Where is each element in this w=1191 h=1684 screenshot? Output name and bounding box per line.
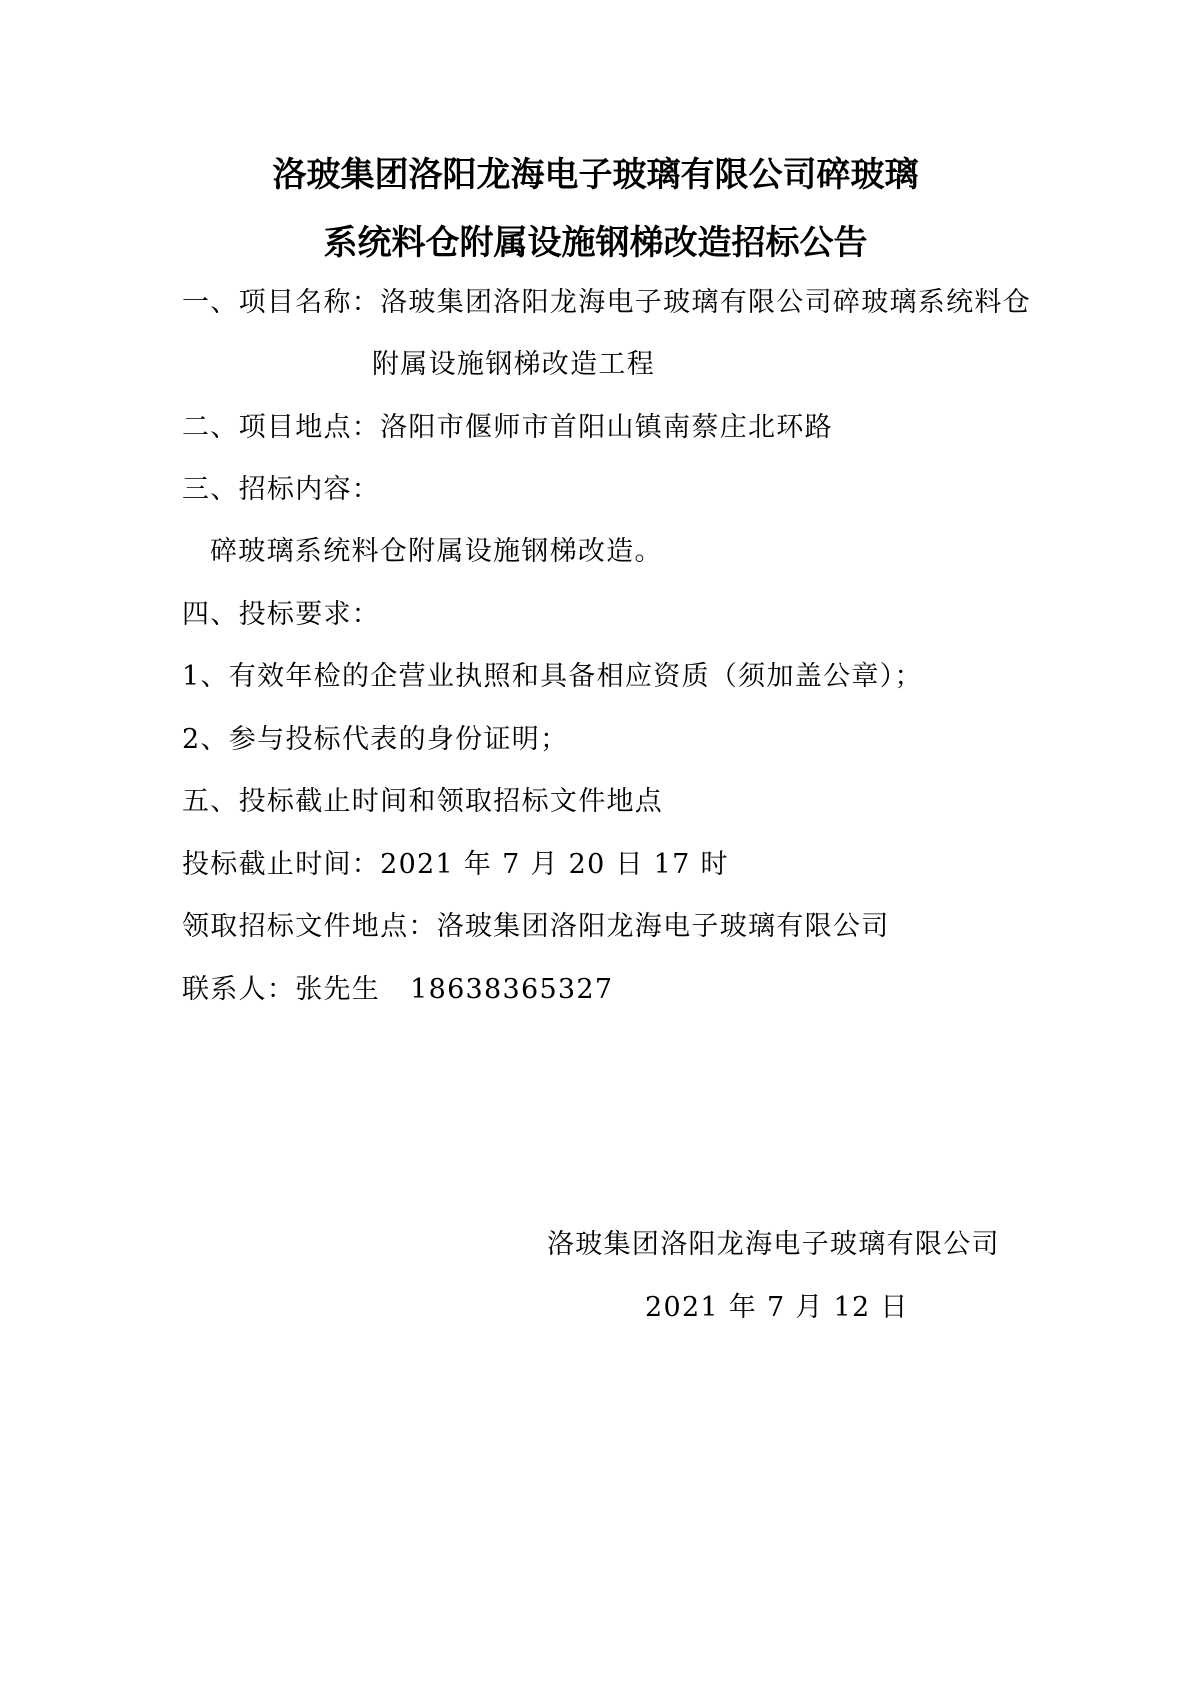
contact-label: 联系人：张先生 [182, 974, 380, 1005]
bid-deadline: 投标截止时间：2021 年 7 月 20 日 17 时 [182, 848, 729, 882]
title-line-2: 系统料仓附属设施钢梯改造招标公告 [0, 223, 1191, 263]
project-name-value: 洛玻集团洛阳龙海电子玻璃有限公司碎玻璃系统料仓 [380, 287, 1031, 318]
contact-row: 联系人：张先生18638365327 [182, 973, 613, 1007]
pickup-location: 领取招标文件地点：洛玻集团洛阳龙海电子玻璃有限公司 [182, 910, 890, 944]
bid-requirements-heading: 四、投标要求： [182, 598, 380, 632]
project-location-label: 二、项目地点： [182, 412, 380, 443]
project-location-row: 二、项目地点：洛阳市偃师市首阳山镇南蔡庄北环路 [182, 411, 833, 445]
contact-phone: 18638365327 [410, 974, 613, 1005]
project-name-label: 一、项目名称： [182, 287, 380, 318]
signature-company: 洛玻集团洛阳龙海电子玻璃有限公司 [547, 1228, 1000, 1262]
project-name-row: 一、项目名称：洛玻集团洛阳龙海电子玻璃有限公司碎玻璃系统料仓 [182, 286, 1031, 320]
signature-date: 2021 年 7 月 12 日 [645, 1291, 909, 1325]
requirement-item-2: 2、参与投标代表的身份证明； [182, 723, 568, 757]
project-location-value: 洛阳市偃师市首阳山镇南蔡庄北环路 [380, 412, 833, 443]
title-line-1: 洛玻集团洛阳龙海电子玻璃有限公司碎玻璃 [0, 155, 1191, 195]
tender-content-heading: 三、招标内容： [182, 473, 380, 507]
tender-content-text: 碎玻璃系统料仓附属设施钢梯改造。 [210, 535, 663, 569]
project-name-continuation: 附属设施钢梯改造工程 [372, 348, 655, 382]
requirement-item-1: 1、有效年检的企营业执照和具备相应资质（须加盖公章）； [182, 660, 923, 694]
deadline-pickup-heading: 五、投标截止时间和领取招标文件地点 [182, 785, 663, 819]
